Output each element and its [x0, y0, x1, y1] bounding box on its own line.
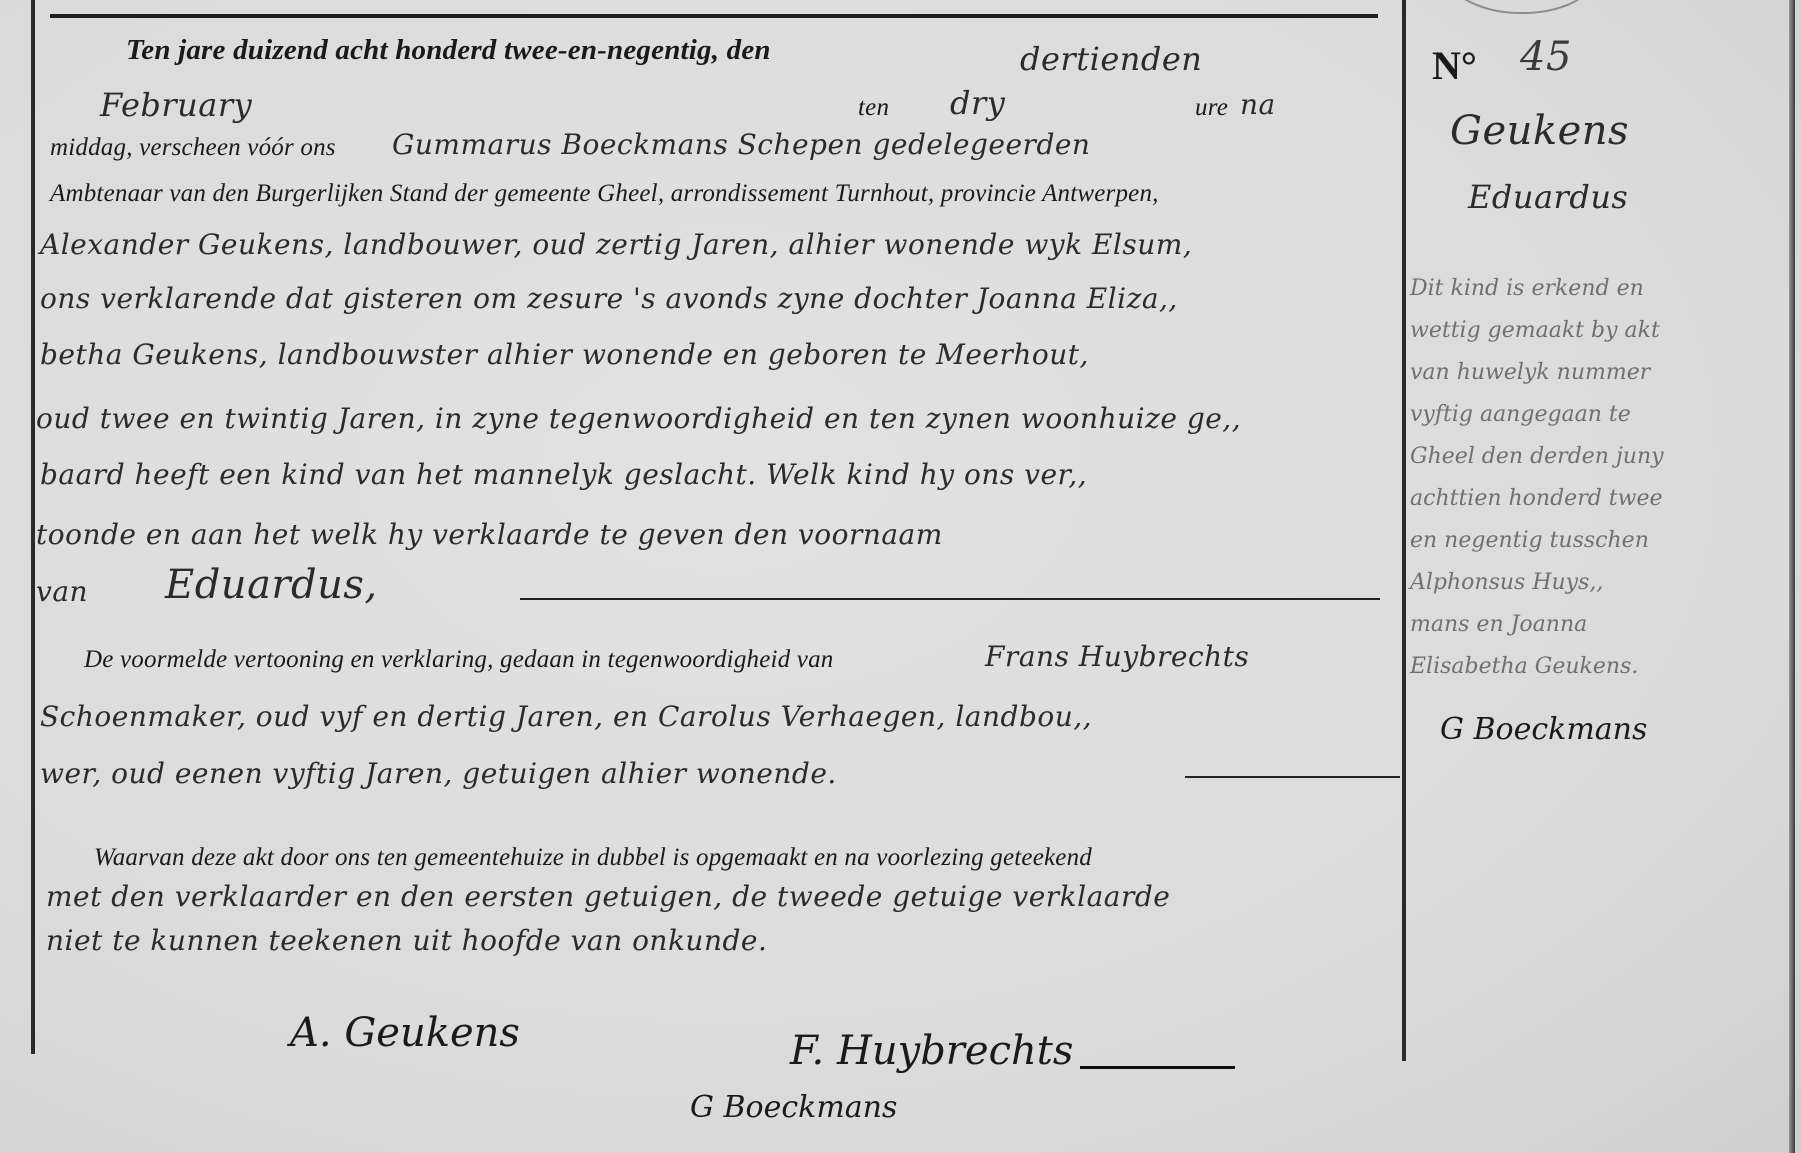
margin-note-line: mans en Joanna: [1410, 604, 1780, 646]
printed-ambtenaar: Ambtenaar van den Burgerlijken Stand der…: [50, 180, 1159, 208]
printed-waarvan: Waarvan deze akt door ons ten gemeentehu…: [94, 844, 1092, 872]
printed-voormelde: De voormelde vertooning en verklaring, g…: [84, 646, 834, 674]
printed-ten: ten: [858, 94, 889, 122]
handwritten-official: Gummarus Boeckmans Schepen gedelegeerden: [392, 128, 1090, 161]
handwritten-child-name: Eduardus,: [165, 562, 378, 608]
margin-note-line: achttien honderd twee: [1410, 478, 1780, 520]
margin-note-line: van huwelyk nummer: [1410, 352, 1780, 394]
margin-note-line: en negentig tusschen: [1410, 520, 1780, 562]
left-margin-rule: [31, 0, 35, 1054]
handwritten-day: dertienden: [1020, 40, 1202, 78]
handwritten-line-i: wer, oud eenen vyftig Jaren, getuigen al…: [40, 757, 837, 790]
margin-note-line: Gheel den derden juny: [1410, 436, 1780, 478]
column-divider-rule: [1402, 0, 1406, 1061]
handwritten-hour: dry: [950, 84, 1005, 122]
handwritten-line-c: betha Geukens, landbouwster alhier wonen…: [40, 338, 1089, 371]
signature-witness: F. Huybrechts: [790, 1028, 1073, 1074]
top-rule: [50, 14, 1378, 18]
handwritten-line-b: ons verklarende dat gisteren om zesure '…: [40, 282, 1178, 315]
stamp-arc: [1440, 0, 1604, 14]
printed-line-1: Ten jare duizend acht honderd twee-en-ne…: [126, 34, 771, 67]
margin-note-line: Dit kind is erkend en: [1410, 268, 1780, 310]
printed-middag: middag, verscheen vóór ons: [50, 134, 336, 162]
handwritten-line-f: toonde en aan het welk hy verklaarde te …: [36, 518, 943, 551]
margin-note-line: Alphonsus Huys,,: [1410, 562, 1780, 604]
margin-note-line: vyftig aangegaan te: [1410, 394, 1780, 436]
document-page: Ten jare duizend acht honderd twee-en-ne…: [0, 0, 1801, 1153]
margin-note-line: wettig gemaakt by akt: [1410, 310, 1780, 352]
handwritten-line-j: met den verklaarder en den eersten getui…: [46, 880, 1170, 913]
fill-line: [520, 598, 1380, 600]
number-label: N°: [1432, 43, 1477, 88]
margin-annotation: Dit kind is erkend en wettig gemaakt by …: [1410, 268, 1780, 688]
handwritten-van: van: [36, 575, 88, 608]
record-number: 45: [1520, 34, 1572, 80]
handwritten-line-d: oud twee en twintig Jaren, in zyne tegen…: [36, 402, 1241, 435]
signature-flourish: [1080, 1066, 1235, 1069]
margin-signature: G Boeckmans: [1440, 712, 1647, 747]
signature-official: G Boeckmans: [690, 1090, 897, 1125]
printed-ure: ure: [1195, 94, 1228, 122]
handwritten-line-a: Alexander Geukens, landbouwer, oud zerti…: [40, 228, 1192, 261]
handwritten-am-pm: na: [1240, 88, 1276, 121]
handwritten-line-e: baard heeft een kind van het mannelyk ge…: [40, 458, 1087, 491]
margin-given-name: Eduardus: [1468, 178, 1628, 216]
signature-declarant: A. Geukens: [290, 1010, 520, 1056]
page-edge: [1789, 0, 1795, 1153]
fill-line-2: [1185, 776, 1400, 778]
handwritten-line-k: niet te kunnen teekenen uit hoofde van o…: [46, 924, 767, 957]
handwritten-witness1: Frans Huybrechts: [985, 640, 1249, 673]
record-number-label: N°: [1432, 42, 1477, 89]
margin-note-line: Elisabetha Geukens.: [1410, 646, 1780, 688]
handwritten-line-h: Schoenmaker, oud vyf en dertig Jaren, en…: [40, 700, 1092, 733]
handwritten-month: February: [100, 86, 252, 124]
margin-surname: Geukens: [1450, 108, 1629, 154]
